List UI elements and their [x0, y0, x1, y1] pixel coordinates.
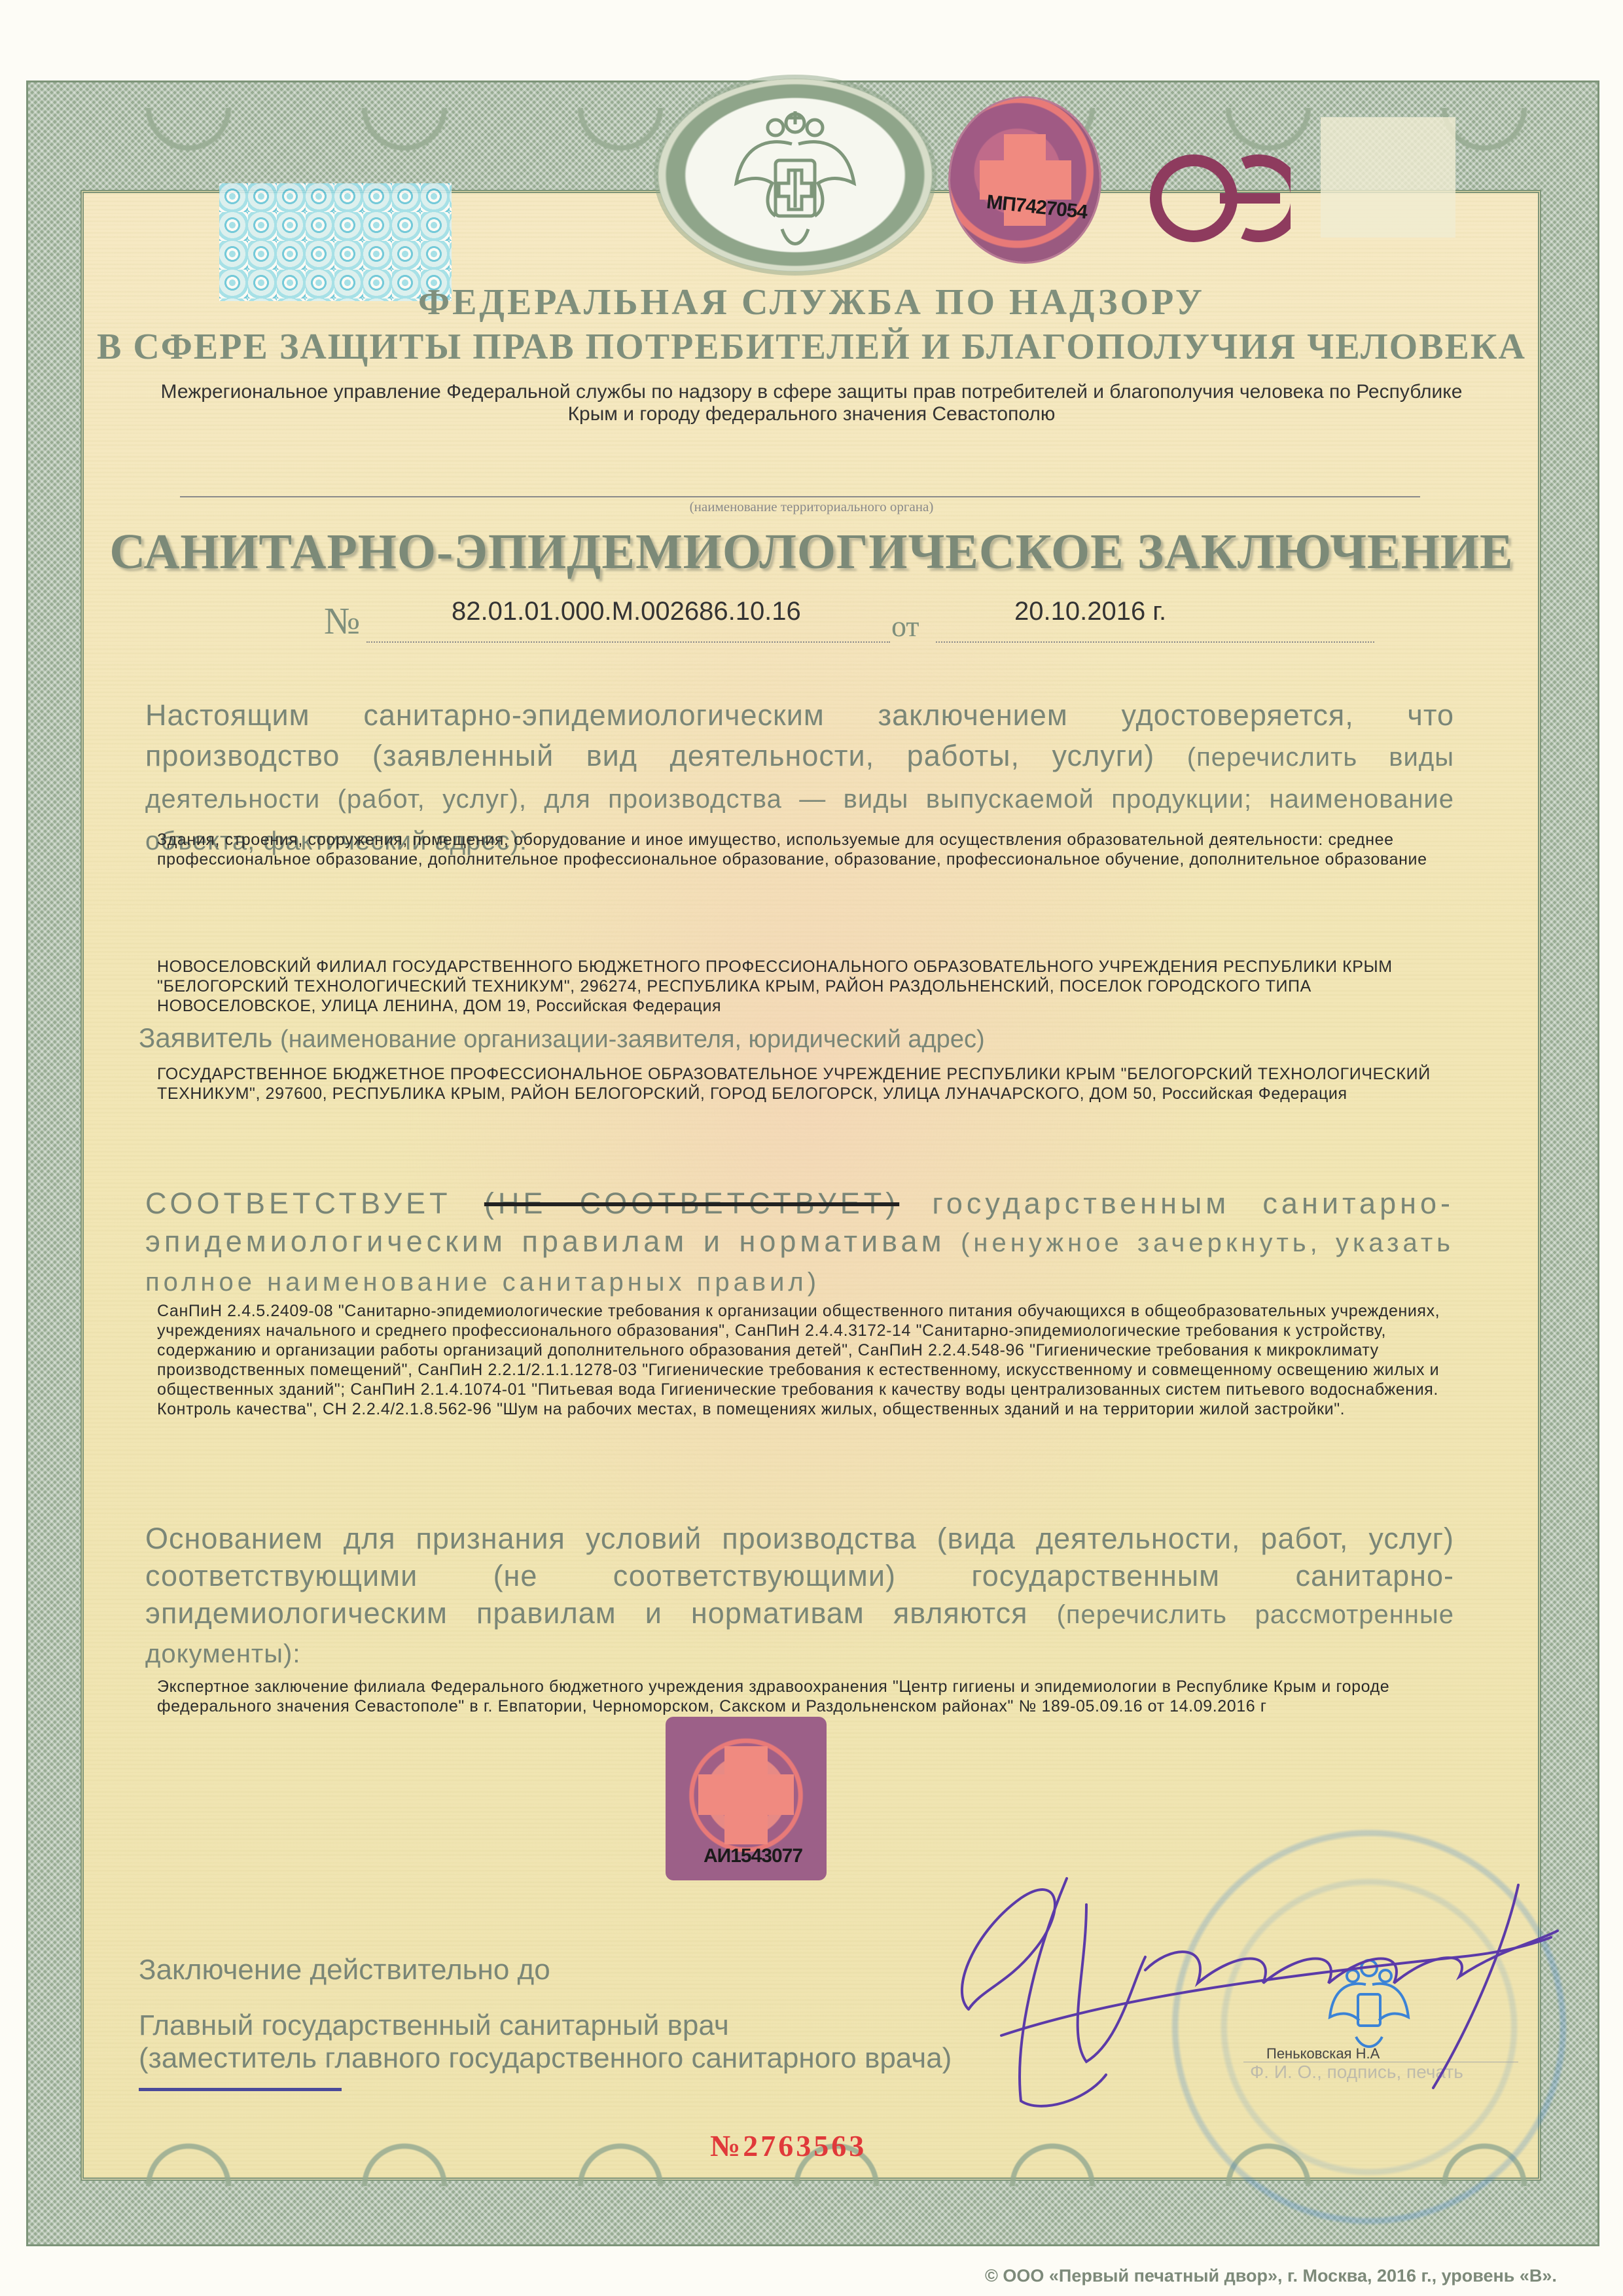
printer-footer: © ООО «Первый печатный двор», г. Москва,…	[985, 2266, 1557, 2286]
se-logo-icon	[1147, 141, 1291, 255]
double-headed-eagle-icon	[730, 98, 861, 255]
number-underline	[366, 641, 890, 643]
hologram-seal-bottom: АИ1543077	[666, 1717, 827, 1880]
applicant-value: ГОСУДАРСТВЕННОЕ БЮДЖЕТНОЕ ПРОФЕССИОНАЛЬН…	[157, 1064, 1453, 1103]
struck-not-complies: (НЕ СООТВЕТСТВУЕТ)	[484, 1187, 899, 1220]
conclusion-number: 82.01.01.000.М.002686.10.16	[452, 597, 801, 626]
conclusion-date: 20.10.2016 г.	[1014, 597, 1166, 626]
organ-rule	[180, 496, 1420, 497]
hologram-number: АИ1543077	[704, 1845, 802, 1867]
deputy-underline	[139, 2088, 342, 2091]
applicant-heading: Заявитель (наименование организации-заяв…	[139, 1022, 985, 1054]
faint-security-watermark	[1321, 117, 1455, 238]
signatory-title: Главный государственный санитарный врач	[139, 2009, 729, 2042]
date-label: от	[891, 609, 919, 643]
applicant-hint: (наименование организации-заявителя, юри…	[280, 1026, 985, 1053]
basis-paragraph: Основанием для признания условий произво…	[145, 1520, 1454, 1673]
organ-caption: (наименование территориального органа)	[0, 499, 1623, 515]
complies-text: СООТВЕТСТВУЕТ	[145, 1187, 452, 1220]
sanitary-rules-list: СанПиН 2.4.5.2409-08 "Санитарно-эпидемио…	[157, 1301, 1453, 1419]
document-title: САНИТАРНО-ЭПИДЕМИОЛОГИЧЕСКОЕ ЗАКЛЮЧЕНИЕ	[0, 524, 1623, 581]
basis-documents: Экспертное заключение филиала Федерально…	[157, 1677, 1453, 1716]
regional-office-line2: Крым и городу федерального значения Сева…	[0, 403, 1623, 425]
agency-name-line2: В СФЕРЕ ЗАЩИТЫ ПРАВ ПОТРЕБИТЕЛЕЙ И БЛАГО…	[0, 326, 1623, 368]
agency-name-line1: ФЕДЕРАЛЬНАЯ СЛУЖБА ПО НАДЗОРУ	[0, 281, 1623, 323]
hologram-seal-top: МП7427054	[950, 98, 1099, 262]
object-value: НОВОСЕЛОВСКИЙ ФИЛИАЛ ГОСУДАРСТВЕННОГО БЮ…	[157, 957, 1453, 1016]
signatory-deputy: (заместитель главного государственного с…	[139, 2042, 952, 2075]
activity-value: Здания, строения, сооружения, помещения,…	[157, 830, 1453, 869]
coat-of-arms-emblem	[658, 79, 933, 272]
handwritten-signature	[870, 1826, 1597, 2114]
validity-label: Заключение действительно до	[139, 1954, 550, 1986]
number-label: №	[324, 599, 360, 643]
form-serial-number: №2763563	[710, 2128, 866, 2163]
regional-office-line1: Межрегиональное управление Федеральной с…	[0, 381, 1623, 403]
compliance-paragraph: СООТВЕТСТВУЕТ (НЕ СООТВЕТСТВУЕТ) государ…	[145, 1185, 1454, 1301]
cross-icon	[698, 1774, 794, 1815]
applicant-label: Заявитель	[139, 1022, 272, 1053]
date-underline	[936, 641, 1374, 643]
